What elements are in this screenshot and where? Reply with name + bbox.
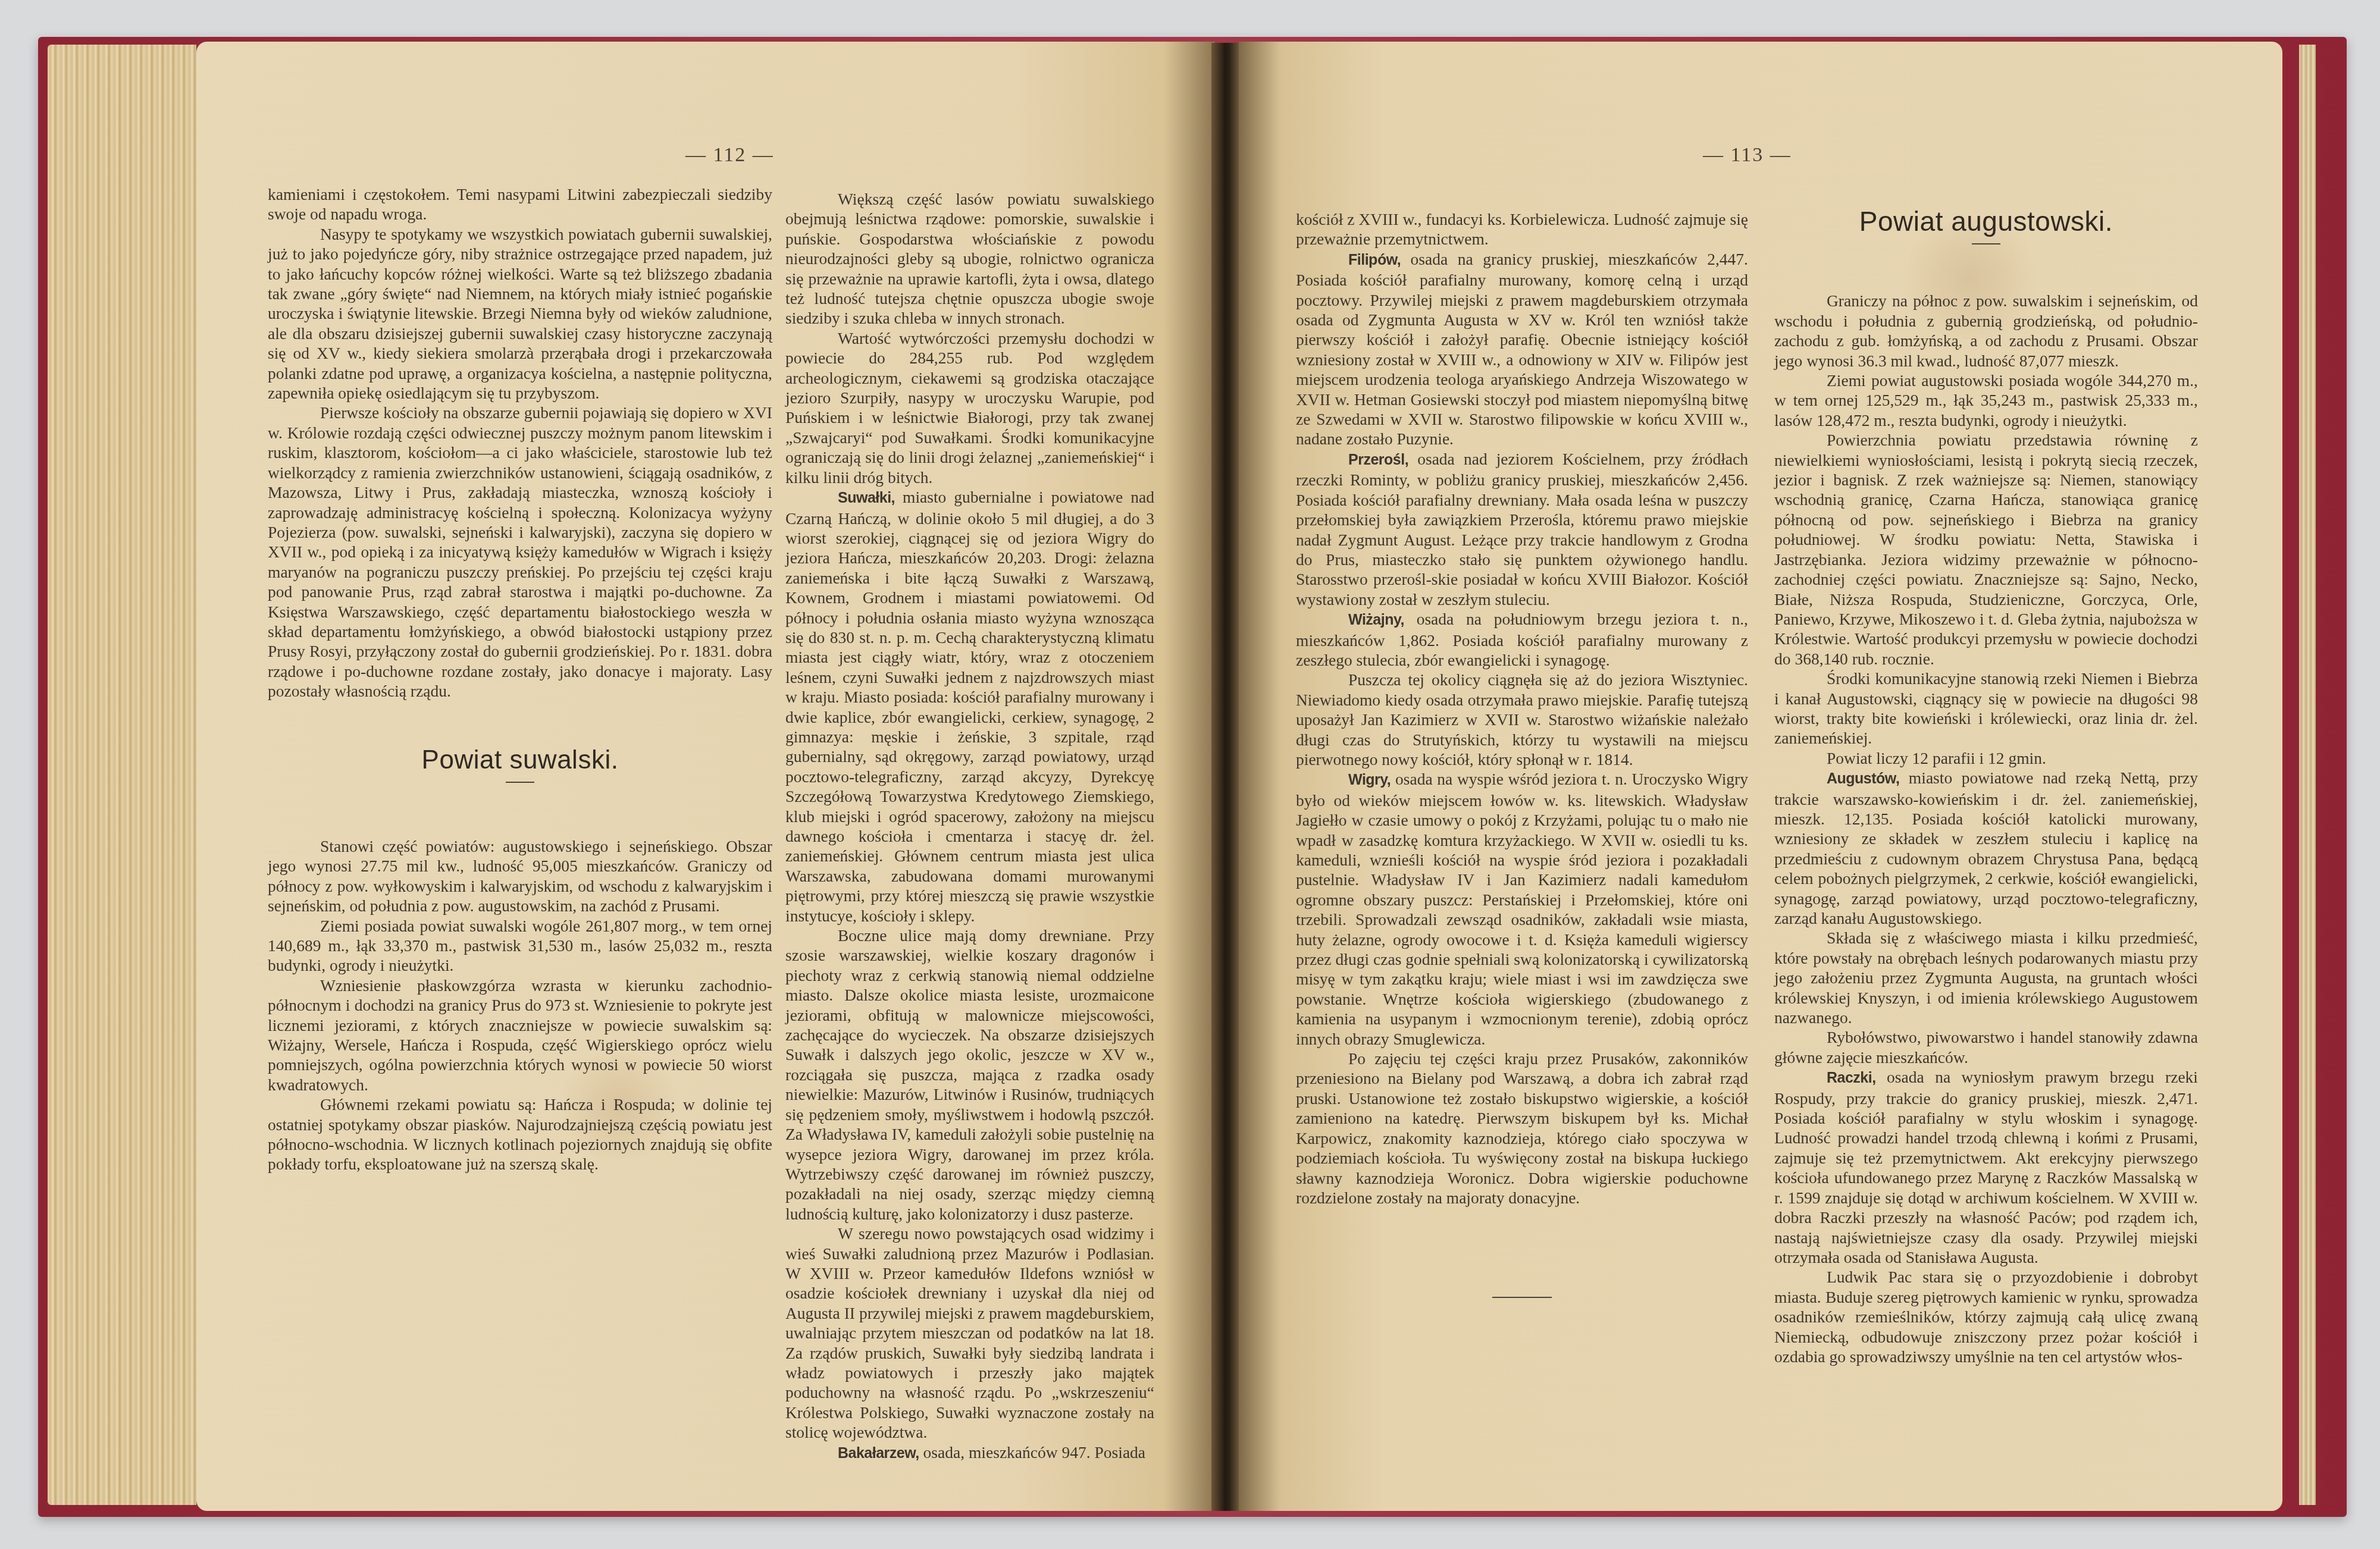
- page-edges-right: [2299, 45, 2316, 1505]
- heading-rule: [1972, 243, 2000, 244]
- entry-headword: Bakałarzew,: [838, 1445, 919, 1462]
- paragraph: Ludwik Pac stara się o przyozdobienie i …: [1774, 1267, 2198, 1366]
- paragraph: Ziemi posiada powiat suwalski wogóle 261…: [268, 916, 772, 976]
- left-page-column-1: kamieniami i częstokołem. Temi nasypami …: [268, 184, 772, 1174]
- entry-headword: Filipów,: [1348, 252, 1401, 268]
- page-edges-left: [48, 45, 196, 1505]
- paragraph: Graniczy na północ z pow. suwalskim i se…: [1774, 291, 2198, 371]
- entry-text: osada nad jeziorem Kościelnem, przy źród…: [1296, 450, 1748, 609]
- section-end-rule: [1492, 1297, 1552, 1298]
- paragraph: Ziemi powiat augustowski posiada wogóle …: [1774, 371, 2198, 430]
- paragraph: Wartość wytwórczości przemysłu dochodzi …: [785, 328, 1154, 487]
- entry-paragraph: Przerośl, osada nad jeziorem Kościelnem,…: [1296, 449, 1748, 609]
- page-number: — 113 —: [1703, 144, 1792, 167]
- paragraph: Głównemi rzekami powiatu są: Hańcza i Ro…: [268, 1095, 772, 1174]
- page-number: — 112 —: [685, 144, 774, 167]
- paragraph: Po zajęciu tej części kraju przez Prusak…: [1296, 1049, 1748, 1208]
- left-page-column-2: Większą część lasów powiatu suwalskiego …: [785, 189, 1154, 1463]
- entry-paragraph: Wiżajny, osada na południowym brzegu jez…: [1296, 609, 1748, 670]
- paragraph: Powierzchnia powiatu przedstawia równinę…: [1774, 430, 2198, 669]
- entry-headword: Augustów,: [1827, 770, 1899, 787]
- paragraph: Powiat liczy 12 parafii i 12 gmin.: [1774, 748, 2198, 768]
- paragraph: Nasypy te spotykamy we wszystkich powiat…: [268, 224, 772, 403]
- entry-text: miasto powiatowe nad rzeką Nettą, przy t…: [1774, 769, 2198, 927]
- entry-text: osada na wyspie wśród jeziora t. n. Uroc…: [1296, 770, 1748, 1048]
- paragraph: kościół z XVIII w., fundacyi ks. Korbiel…: [1296, 209, 1748, 249]
- entry-headword: Wiżajny,: [1348, 612, 1404, 628]
- entry-paragraph: Filipów, osada na granicy pruskiej, mies…: [1296, 249, 1748, 449]
- entry-text: osada na granicy pruskiej, mieszkańców 2…: [1296, 250, 1748, 449]
- section-heading: Powiat augustowski.: [1774, 212, 2198, 231]
- entry-paragraph: Suwałki, miasto gubernialne i powiatowe …: [785, 487, 1154, 926]
- paragraph: Stanowi część powiatów: augustowskiego i…: [268, 836, 772, 916]
- paragraph: W szeregu nowo powstających osad widzimy…: [785, 1224, 1154, 1442]
- paragraph: Wzniesienie płaskowzgórza wzrasta w kier…: [268, 976, 772, 1095]
- entry-headword: Wigry,: [1348, 772, 1391, 788]
- entry-headword: Przerośl,: [1348, 451, 1408, 468]
- paragraph: Puszcza tej okolicy ciągnęła się aż do j…: [1296, 670, 1748, 769]
- paragraph: kamieniami i częstokołem. Temi nasypami …: [268, 184, 772, 224]
- entry-text: osada na wyniosłym prawym brzegu rzeki R…: [1774, 1068, 2198, 1266]
- entry-paragraph: Augustów, miasto powiatowe nad rzeką Net…: [1774, 768, 2198, 928]
- paragraph: Rybołówstwo, piwowarstwo i handel stanow…: [1774, 1027, 2198, 1067]
- entry-paragraph: Wigry, osada na wyspie wśród jeziora t. …: [1296, 769, 1748, 1049]
- entry-headword: Suwałki,: [838, 490, 895, 506]
- paragraph: Boczne ulice mają domy drewniane. Przy s…: [785, 926, 1154, 1224]
- entry-headword: Raczki,: [1827, 1070, 1876, 1086]
- right-page-column-2: Powiat augustowski. Graniczy na północ z…: [1774, 212, 2198, 1366]
- paragraph: Składa się z właściwego miasta i kilku p…: [1774, 928, 2198, 1027]
- entry-text: osada, mieszkańców 947. Posiada: [919, 1443, 1145, 1462]
- entry-paragraph: Bakałarzew, osada, mieszkańców 947. Posi…: [785, 1443, 1154, 1463]
- heading-rule: [506, 782, 534, 783]
- section-heading: Powiat suwalski.: [268, 750, 772, 770]
- paragraph: Pierwsze kościoły na obszarze gubernii p…: [268, 403, 772, 701]
- right-page-column-1: kościół z XVIII w., fundacyi ks. Korbiel…: [1296, 209, 1748, 1298]
- paragraph: Środki komunikacyjne stanowią rzeki Niem…: [1774, 669, 2198, 748]
- book-gutter: [1211, 43, 1241, 1511]
- left-page: — 112 — kamieniami i częstokołem. Temi n…: [196, 42, 1215, 1511]
- right-page: — 113 — kościół z XVIII w., fundacyi ks.…: [1239, 42, 2282, 1511]
- paragraph: Większą część lasów powiatu suwalskiego …: [785, 189, 1154, 328]
- entry-text: miasto gubernialne i powiatowe nad Czarn…: [785, 488, 1154, 925]
- entry-paragraph: Raczki, osada na wyniosłym prawym brzegu…: [1774, 1067, 2198, 1267]
